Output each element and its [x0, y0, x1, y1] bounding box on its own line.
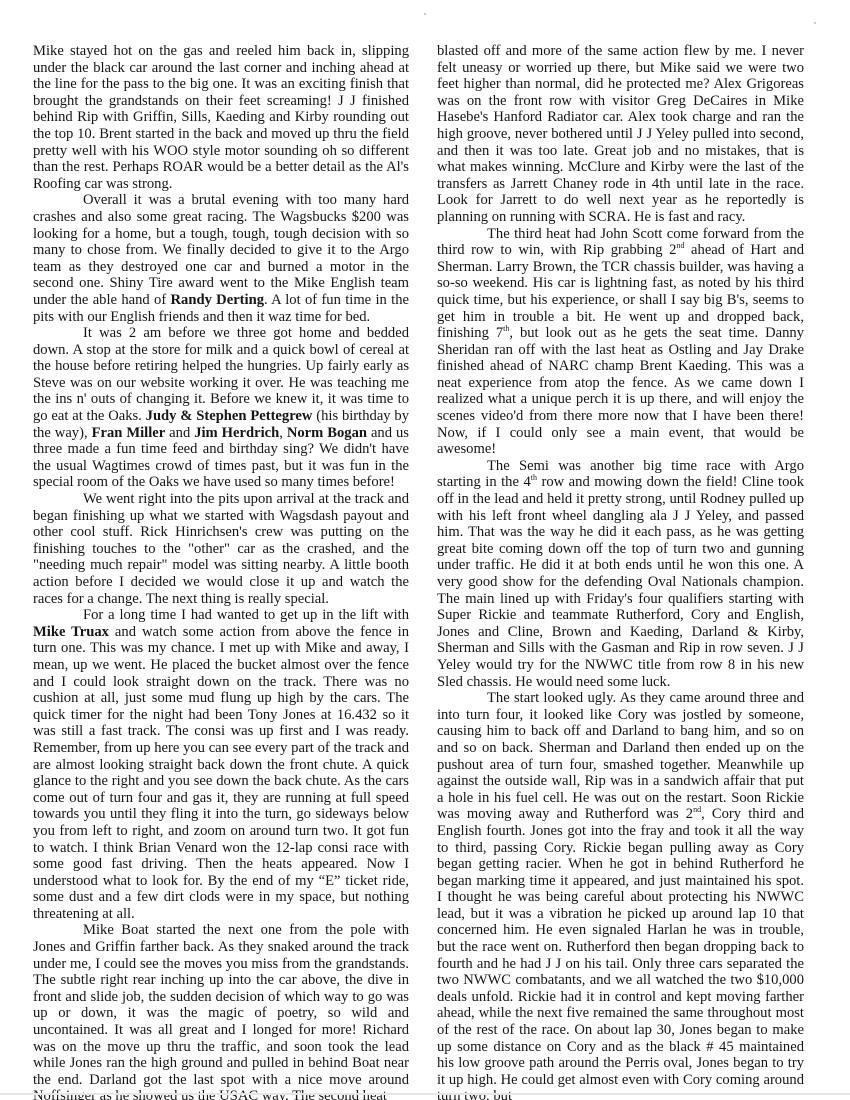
paragraph: blasted off and more of the same action … [437, 43, 804, 226]
paragraph: The start looked ugly. As they came arou… [437, 690, 804, 1100]
text-run: Mike Boat started the next one from the … [33, 922, 409, 1100]
text-column-right: blasted off and more of the same action … [437, 43, 804, 1100]
bold-name: Norm Bogan [287, 425, 367, 441]
paragraph: The third heat had John Scott come forwa… [437, 226, 804, 458]
text-run: Overall it was a brutal evening with too… [33, 192, 409, 308]
bold-name: Judy & Stephen Pettegrew [146, 408, 313, 424]
paragraph: It was 2 am before we three got home and… [33, 325, 409, 491]
paragraph: Overall it was a brutal evening with too… [33, 192, 409, 325]
text-run: and watch some action from above the fen… [33, 624, 409, 922]
paragraph: We went right into the pits upon arrival… [33, 491, 409, 607]
bold-name: Randy Derting [171, 292, 265, 308]
paragraph: Mike stayed hot on the gas and reeled hi… [33, 43, 409, 192]
scan-edge [0, 1093, 850, 1095]
paragraph: The Semi was another big time race with … [437, 458, 804, 690]
text-run: For a long time I had wanted to get up i… [83, 607, 409, 623]
scan-speck [424, 13, 426, 15]
text-run: Mike stayed hot on the gas and reeled hi… [33, 43, 409, 192]
bold-name: Jim Herdrich [194, 425, 279, 441]
text-run: blasted off and more of the same action … [437, 43, 804, 225]
text-run: row and mowing down the field! Cline too… [437, 474, 804, 689]
text-run: The start looked ugly. As they came arou… [437, 690, 804, 822]
bold-name: Mike Truax [33, 624, 109, 640]
paragraph: For a long time I had wanted to get up i… [33, 607, 409, 922]
text-run: , but look out as he gets the seat time.… [437, 325, 804, 457]
text-column-left: Mike stayed hot on the gas and reeled hi… [33, 43, 409, 1100]
document-page: Mike stayed hot on the gas and reeled hi… [0, 0, 850, 1100]
text-run: , Cory third and English fourth. Jones g… [437, 806, 804, 1100]
text-run: We went right into the pits upon arrival… [33, 491, 409, 607]
paragraph: Mike Boat started the next one from the … [33, 922, 409, 1100]
scan-speck [814, 22, 816, 24]
text-run: , [279, 425, 287, 441]
bold-name: Fran Miller [92, 425, 166, 441]
ordinal-suffix: nd [693, 805, 701, 814]
text-run: and [165, 425, 194, 441]
